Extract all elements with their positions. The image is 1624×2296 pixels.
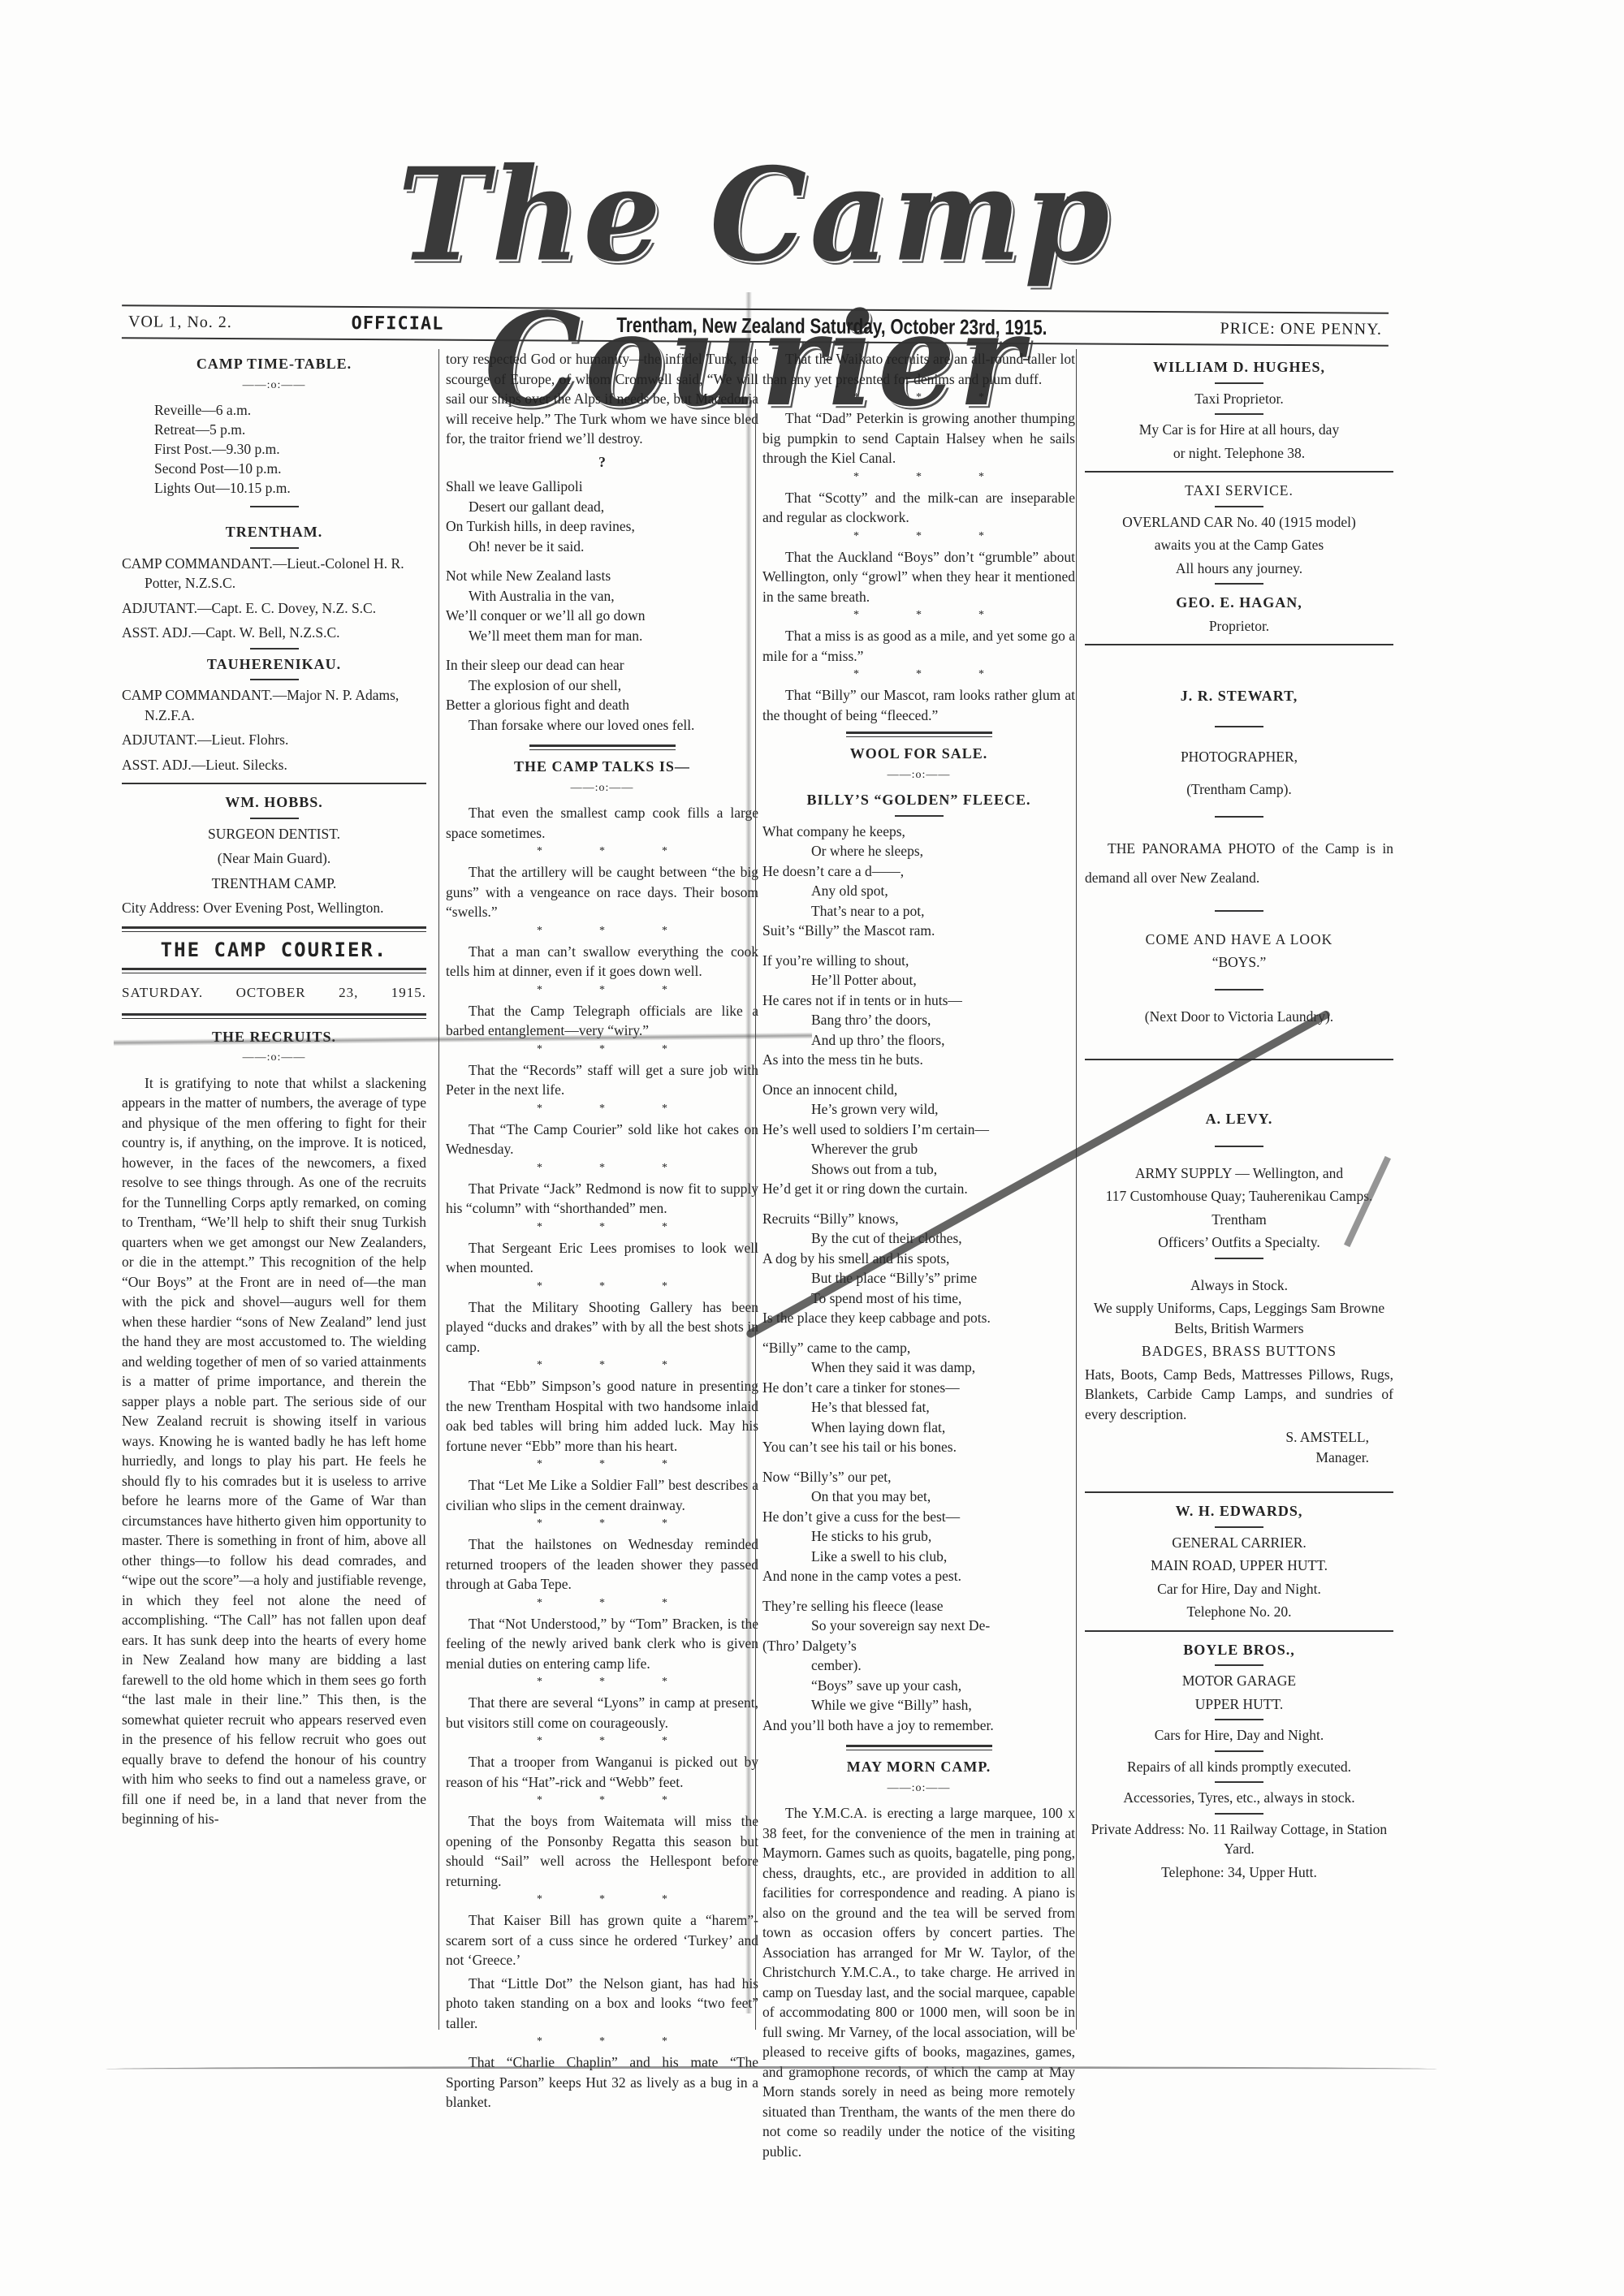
hughes-name: WILLIAM D. HUGHES,: [1085, 357, 1393, 378]
poem-line: If you’re willing to shout,: [762, 951, 1075, 971]
poem-line: And you’ll both have a joy to remember.: [762, 1716, 1075, 1736]
column-1: CAMP TIME-TABLE. ——:o:—— Reveille—6 a.m.…: [122, 349, 426, 1832]
poem-line: The explosion of our shell,: [446, 675, 758, 696]
talk-item: That “Scotty” and the milk-can are insep…: [762, 488, 1075, 528]
divider: [846, 1745, 992, 1750]
star-separator: ***: [446, 1163, 758, 1174]
levy-manager-role: Manager.: [1085, 1448, 1393, 1468]
star-separator: ***: [446, 2036, 758, 2048]
wool-heading: WOOL FOR SALE.: [762, 744, 1075, 764]
hobbs-location: (Near Main Guard).: [122, 848, 426, 869]
poem-line: He don’t give a cuss for the best—: [762, 1507, 1075, 1527]
levy-body2: Hats, Boots, Camp Beds, Mattresses Pillo…: [1085, 1365, 1393, 1425]
poem-line: “Billy” came to the camp,: [762, 1338, 1075, 1358]
poem-line: Oh! never be it said.: [446, 537, 758, 557]
separator: ——:o:——: [762, 1779, 1075, 1799]
boyle-private: Private Address: No. 11 Railway Cottage,…: [1085, 1819, 1393, 1859]
poem-stanza: If you’re willing to shout, He’ll Potter…: [762, 951, 1075, 1070]
talk-item: That “The Camp Courier” sold like hot ca…: [446, 1120, 758, 1159]
divider: [1215, 1258, 1263, 1259]
officer-entry: ADJUTANT.—Capt. E. C. Dovey, N.Z. S.C.: [122, 598, 426, 619]
divider: [1215, 1719, 1263, 1720]
poem-line: Bang thro’ the doors,: [762, 1010, 1075, 1030]
levy-line2: 117 Customhouse Quay; Tauherenikau Camps…: [1085, 1186, 1393, 1206]
divider: [1085, 1491, 1393, 1493]
taxi-line1: OVERLAND CAR No. 40 (1915 model): [1085, 512, 1393, 533]
divider: [895, 815, 944, 817]
poem-stanza: Recruits “Billy” knows, By the cut of th…: [762, 1209, 1075, 1328]
poem-line: Not while New Zealand lasts: [446, 566, 758, 586]
talk-item: That “Ebb” Simpson’s good nature in pres…: [446, 1376, 758, 1456]
star-separator: ***: [446, 1736, 758, 1747]
talk-item: That “Little Dot” the Nelson giant, has …: [446, 1974, 758, 2034]
poem-line: They’re selling his fleece (lease: [762, 1596, 1075, 1616]
timetable-heading: CAMP TIME-TABLE.: [122, 354, 426, 374]
boyle-hire: Cars for Hire, Day and Night.: [1085, 1725, 1393, 1746]
poem-stanza: They’re selling his fleece (lease So you…: [762, 1596, 1075, 1736]
stewart-come: COME AND HAVE A LOOK: [1085, 930, 1393, 950]
article-continuation: tory respected God or humanity—the infid…: [446, 349, 758, 449]
poem-line: Now “Billy’s” our pet,: [762, 1467, 1075, 1487]
poem-line: He’s grown very wild,: [762, 1099, 1075, 1120]
taxi-line2: awaits you at the Camp Gates: [1085, 535, 1393, 555]
column-4-ads: WILLIAM D. HUGHES, Taxi Proprietor. My C…: [1076, 349, 1393, 2030]
poem-stanza: In their sleep our dead can hear The exp…: [446, 655, 758, 735]
talk-item: That the “Records” staff will get a sure…: [446, 1060, 758, 1100]
star-separator: ***: [762, 392, 1075, 404]
may-morn-heading: MAY MORN CAMP.: [762, 1757, 1075, 1777]
taxi-owner-role: Proprietor.: [1085, 616, 1393, 637]
wool-subheading: BILLY’S “GOLDEN” FLEECE.: [762, 790, 1075, 810]
poem-line: Better a glorious fight and death: [446, 695, 758, 715]
divider: [1215, 1750, 1263, 1752]
divider: [1215, 583, 1263, 585]
talk-item: That the Auckland “Boys” don’t “grumble”…: [762, 547, 1075, 607]
divider: [1215, 1813, 1263, 1815]
star-separator: ***: [446, 926, 758, 937]
timetable-item: Retreat—5 p.m.: [154, 420, 426, 439]
poem-line: But the place “Billy’s” prime: [762, 1268, 1075, 1288]
talk-item: That Sergeant Eric Lees promises to look…: [446, 1238, 758, 1278]
levy-badges: BADGES, BRASS BUTTONS: [1085, 1341, 1393, 1362]
divider: [1215, 816, 1263, 818]
poem-line: Any old spot,: [762, 881, 1075, 901]
officer-entry: ASST. ADJ.—Capt. W. Bell, N.Z.S.C.: [122, 623, 426, 643]
star-separator: ***: [446, 1222, 758, 1233]
divider: [1215, 726, 1263, 727]
separator: ——:o:——: [122, 376, 426, 396]
poem-line: Or where he sleeps,: [762, 841, 1075, 861]
edwards-role: GENERAL CARRIER.: [1085, 1533, 1393, 1553]
stewart-name: J. R. STEWART,: [1085, 686, 1393, 706]
poem-line: Shall we leave Gallipoli: [446, 477, 758, 497]
talk-item: That the boys from Waitemata will miss t…: [446, 1811, 758, 1891]
divider: [1215, 506, 1263, 507]
divider: [122, 1013, 426, 1019]
boyle-name: BOYLE BROS.,: [1085, 1640, 1393, 1660]
poem-line: Wherever the grub: [762, 1139, 1075, 1159]
hobbs-address: City Address: Over Evening Post, Welling…: [122, 898, 426, 918]
poem-line: He doesn’t care a d——,: [762, 861, 1075, 882]
poem-line: While we give “Billy” hash,: [762, 1695, 1075, 1716]
newspaper-page: The Camp Courier VOL 1, No. 2. OFFICIAL …: [0, 0, 1624, 2296]
poem-line: You can’t see his tail or his bones.: [762, 1437, 1075, 1457]
talk-item: That even the smallest camp cook fills a…: [446, 803, 758, 843]
edwards-address: MAIN ROAD, UPPER HUTT.: [1085, 1556, 1393, 1576]
levy-line1: ARMY SUPPLY — Wellington, and: [1085, 1163, 1393, 1184]
levy-line3: Trentham: [1085, 1210, 1393, 1230]
poem-stanza: Not while New Zealand lasts With Austral…: [446, 566, 758, 645]
poem-line: That’s near to a pot,: [762, 901, 1075, 921]
star-separator: ***: [762, 669, 1075, 680]
talk-item: That a trooper from Wanganui is picked o…: [446, 1752, 758, 1792]
star-separator: ***: [446, 985, 758, 996]
paper-title: THE CAMP COURIER.: [122, 940, 426, 960]
poem-line: What company he keeps,: [762, 822, 1075, 842]
camp-talks-heading: THE CAMP TALKS IS—: [446, 757, 758, 777]
recruits-body: It is gratifying to note that whilst a s…: [122, 1073, 426, 1829]
levy-stock: Always in Stock.: [1085, 1275, 1393, 1296]
star-separator: ***: [446, 1044, 758, 1055]
star-separator: ***: [446, 1518, 758, 1530]
issue-month: OCTOBER: [236, 983, 306, 1003]
divider: [529, 744, 676, 750]
talk-item: That “Billy” our Mascot, ram looks rathe…: [762, 685, 1075, 725]
talk-item: That “Dad” Peterkin is growing another t…: [762, 408, 1075, 468]
divider: [1215, 413, 1263, 415]
place-date: Trentham, New Zealand Saturday, October …: [616, 312, 1047, 339]
question-mark: ?: [446, 452, 758, 473]
divider: [1215, 989, 1263, 990]
poem-line: Suit’s “Billy” the Mascot ram.: [762, 921, 1075, 941]
star-separator: ***: [446, 1894, 758, 1905]
divider: [1215, 1146, 1263, 1147]
poem-stanza: What company he keeps, Or where he sleep…: [762, 822, 1075, 941]
hobbs-title: SURGEON DENTIST.: [122, 824, 426, 844]
timetable-item: First Post.—9.30 p.m.: [154, 439, 426, 459]
poem-line: A dog by his smell and his spots,: [762, 1249, 1075, 1269]
divider: [1215, 1664, 1263, 1666]
poem-stanza: “Billy” came to the camp, When they said…: [762, 1338, 1075, 1457]
issue-date-number: 23,: [339, 983, 358, 1003]
poem-line: Desert our gallant dead,: [446, 497, 758, 517]
star-separator: ***: [446, 1459, 758, 1470]
talk-item: That the artillery will be caught betwee…: [446, 862, 758, 922]
poem-line: When they said it was damp,: [762, 1357, 1075, 1378]
talk-item: That “Let Me Like a Soldier Fall” best d…: [446, 1475, 758, 1515]
poem-line: He’s that blessed fat,: [762, 1397, 1075, 1418]
taxi-heading: TAXI SERVICE.: [1085, 481, 1393, 501]
separator: ——:o:——: [446, 779, 758, 799]
poem-line: Than forsake where our loved ones fell.: [446, 715, 758, 736]
separator: ——:o:——: [762, 766, 1075, 786]
officer-entry: ADJUTANT.—Lieut. Flohrs.: [122, 730, 426, 750]
boyle-role: MOTOR GARAGE: [1085, 1671, 1393, 1691]
star-separator: ***: [762, 472, 1075, 483]
poem-line: cember).: [762, 1655, 1075, 1676]
divider: [846, 732, 992, 737]
poem-line: He cares not if in tents or in huts—: [762, 990, 1075, 1011]
column-3: That the Waikato recruits are an all-rou…: [755, 349, 1075, 2030]
hughes-role: Taxi Proprietor.: [1085, 389, 1393, 409]
boyle-phone: Telephone: 34, Upper Hutt.: [1085, 1862, 1393, 1883]
divider: [1215, 910, 1263, 912]
column-2: tory respected God or humanity—the infid…: [438, 349, 758, 2030]
hughes-line2: or night. Telephone 38.: [1085, 443, 1393, 464]
star-separator: ***: [446, 1360, 758, 1371]
poem-line: He’ll Potter about,: [762, 970, 1075, 990]
official-label: OFFICIAL: [351, 313, 443, 334]
dateline-bar: VOL 1, No. 2. OFFICIAL Trentham, New Zea…: [122, 304, 1389, 347]
tauherenikau-heading: TAUHERENIKAU.: [122, 654, 426, 675]
divider: [1215, 382, 1263, 384]
poem-line: Once an innocent child,: [762, 1080, 1075, 1100]
star-separator: ***: [446, 846, 758, 857]
poem-stanza: Now “Billy’s” our pet, On that you may b…: [762, 1467, 1075, 1586]
poem-line: We’ll meet them man for man.: [446, 626, 758, 646]
edwards-phone: Telephone No. 20.: [1085, 1602, 1393, 1622]
hughes-line1: My Car is for Hire at all hours, day: [1085, 420, 1393, 440]
poem-line: Is the place they keep cabbage and pots.: [762, 1308, 1075, 1328]
issue-date: SATURDAY. OCTOBER 23, 1915.: [122, 982, 426, 1005]
edwards-hire: Car for Hire, Day and Night.: [1085, 1579, 1393, 1599]
boyle-repairs: Repairs of all kinds promptly executed.: [1085, 1757, 1393, 1777]
poem-line: In their sleep our dead can hear: [446, 655, 758, 675]
divider: [1085, 644, 1393, 645]
officer-entry: CAMP COMMANDANT.—Major N. P. Adams, N.Z.…: [122, 685, 426, 725]
levy-body: We supply Uniforms, Caps, Leggings Sam B…: [1085, 1298, 1393, 1338]
edwards-name: W. H. EDWARDS,: [1085, 1501, 1393, 1521]
timetable-item: Second Post—10 p.m.: [154, 459, 426, 478]
stewart-panorama: THE PANORAMA PHOTO of the Camp is in dem…: [1085, 834, 1393, 892]
stewart-boys: “BOYS.”: [1085, 952, 1393, 973]
poem-line: He sticks to his grub,: [762, 1526, 1075, 1547]
talk-item: That the hailstones on Wednesday reminde…: [446, 1534, 758, 1595]
poem-line: And none in the camp votes a pest.: [762, 1566, 1075, 1586]
divider: [1085, 471, 1393, 473]
levy-manager-name: S. AMSTELL,: [1085, 1427, 1393, 1448]
separator: ——:o:——: [122, 1048, 426, 1068]
may-morn-body: The Y.M.C.A. is erecting a large marquee…: [762, 1803, 1075, 2161]
divider: [122, 926, 426, 932]
divider: [250, 679, 299, 680]
divider: [250, 648, 299, 650]
officer-entry: CAMP COMMANDANT.—Lieut.-Colonel H. R. Po…: [122, 554, 426, 593]
timetable-item: Reveille—6 a.m.: [154, 400, 426, 420]
talk-item: That the Military Shooting Gallery has b…: [446, 1297, 758, 1357]
star-separator: ***: [762, 531, 1075, 542]
talk-item: That Private “Jack” Redmond is now fit t…: [446, 1179, 758, 1219]
vertical-fold-crease: [745, 292, 752, 2013]
stewart-next-door: (Next Door to Victoria Laundry).: [1085, 1007, 1393, 1027]
taxi-owner: GEO. E. HAGAN,: [1085, 593, 1393, 613]
price-label: PRICE: ONE PENNY.: [1220, 319, 1382, 339]
talk-item: That a miss is as good as a mile, and ye…: [762, 626, 1075, 666]
officer-entry: ASST. ADJ.—Lieut. Silecks.: [122, 755, 426, 775]
hobbs-name: WM. HOBBS.: [122, 792, 426, 813]
poem-line: We’ll conquer or we’ll all go down: [446, 606, 758, 626]
boyle-location: UPPER HUTT.: [1085, 1694, 1393, 1715]
issue-day: SATURDAY.: [122, 983, 203, 1003]
taxi-line3: All hours any journey.: [1085, 559, 1393, 579]
poem-line: On Turkish hills, in deep ravines,: [446, 516, 758, 537]
divider: [1215, 1526, 1263, 1528]
divider: [1215, 1781, 1263, 1783]
boyle-accessories: Accessories, Tyres, etc., always in stoc…: [1085, 1788, 1393, 1808]
poem-stanza: Shall we leave Gallipoli Desert our gall…: [446, 477, 758, 556]
divider: [122, 783, 426, 784]
star-separator: ***: [446, 1103, 758, 1115]
star-separator: ***: [446, 1598, 758, 1609]
star-separator: ***: [446, 1281, 758, 1293]
timetable-item: Lights Out—10.15 p.m.: [154, 478, 426, 498]
divider: [250, 818, 299, 819]
timetable-list: Reveille—6 a.m. Retreat—5 p.m. First Pos…: [122, 400, 426, 498]
poem-line: He don’t care a tinker for stones—: [762, 1378, 1075, 1398]
talk-item: That the Waikato recruits are an all-rou…: [762, 349, 1075, 389]
stewart-role: PHOTOGRAPHER,: [1085, 747, 1393, 767]
poem-line: He’s well used to soldiers I’m certain—: [762, 1120, 1075, 1140]
poem-line: With Australia in the van,: [446, 586, 758, 606]
poem-line: When laying down flat,: [762, 1418, 1075, 1438]
star-separator: ***: [762, 610, 1075, 621]
poem-line: “Boys” save up your cash,: [762, 1676, 1075, 1696]
star-separator: ***: [446, 1795, 758, 1806]
divider: [250, 547, 299, 549]
stewart-location: (Trentham Camp).: [1085, 779, 1393, 800]
talk-item: That a man can’t swallow everything the …: [446, 942, 758, 982]
talk-item: That “Not Understood,” by “Tom” Bracken,…: [446, 1614, 758, 1674]
issue-year: 1915.: [391, 983, 426, 1003]
volume-number: VOL 1, No. 2.: [128, 313, 232, 332]
poem-line: On that you may bet,: [762, 1487, 1075, 1507]
poem-line: So your sovereign say next De-: [762, 1616, 1075, 1636]
talk-item: That there are several “Lyons” in camp a…: [446, 1693, 758, 1733]
poem-line: (Thro’ Dalgety’s: [762, 1636, 1075, 1656]
poem-line: Recruits “Billy” knows,: [762, 1209, 1075, 1229]
divider: [122, 968, 426, 973]
poem-line: As into the mess tin he buts.: [762, 1050, 1075, 1070]
poem-line: Like a swell to his club,: [762, 1547, 1075, 1567]
star-separator: ***: [446, 1677, 758, 1688]
divider: [1085, 1630, 1393, 1632]
hobbs-camp: TRENTHAM CAMP.: [122, 874, 426, 894]
masthead-title: The Camp Courier: [219, 143, 1291, 288]
trentham-heading: TRENTHAM.: [122, 522, 426, 542]
bottom-page-edge: [106, 2066, 1437, 2072]
talk-item: That “Charlie Chaplin” and his mate “The…: [446, 2052, 758, 2113]
divider: [250, 506, 299, 507]
talk-item: That Kaiser Bill has grown quite a “hare…: [446, 1910, 758, 1970]
